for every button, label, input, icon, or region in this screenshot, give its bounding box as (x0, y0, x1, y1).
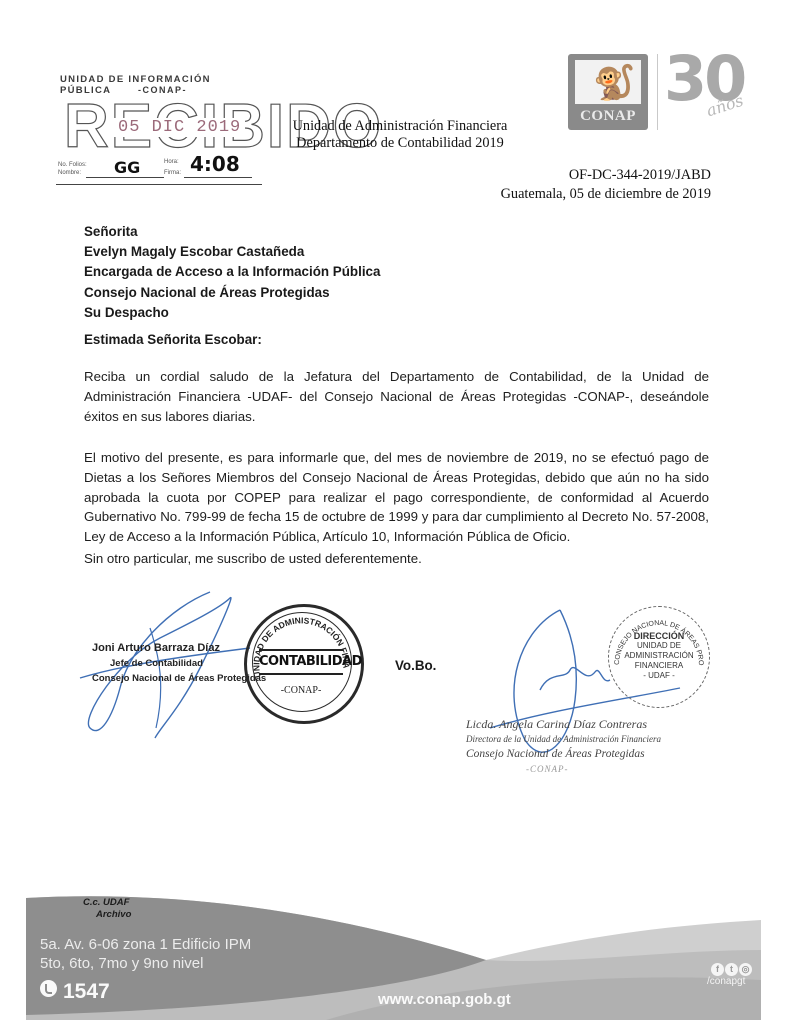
stamp-line-2: UNIDAD DE (621, 641, 697, 651)
signer-left-name: Joni Arturo Barraza Díaz (92, 641, 266, 656)
stamp-field-folios: No. Folios: (58, 162, 87, 168)
recipient-title: Señorita (84, 222, 380, 242)
conap-logo: 🐒 CONAP (568, 54, 648, 130)
signature-left: Joni Arturo Barraza Díaz Jefe de Contabi… (92, 641, 266, 686)
phone-icon (40, 980, 57, 997)
header-unit: Unidad de Administración Financiera (280, 118, 520, 135)
stamp-line (86, 177, 164, 178)
social-handle[interactable]: /conapgt (707, 976, 745, 987)
social-icons: ft◎ (711, 959, 753, 977)
stamp-line-5: - UDAF - (621, 671, 697, 681)
stamp-direccion-text: DIRECCIÓN UNIDAD DE ADMINISTRACIÓN FINAN… (621, 631, 697, 681)
reference-block: OF-DC-344-2019/JABD Guatemala, 05 de dic… (501, 166, 711, 204)
recipient-closing: Su Despacho (84, 303, 380, 323)
signer-right-institution: Consejo Nacional de Áreas Protegidas (466, 747, 661, 762)
signature-right: Licda. Angela Carina Díaz Contreras Dire… (466, 717, 661, 777)
footer-band: C.c. UDAF Archivo 5a. Av. 6-06 zona 1 Ed… (26, 890, 761, 1020)
body-paragraph-3: Sin otro particular, me suscribo de uste… (84, 549, 709, 569)
address: 5a. Av. 6-06 zona 1 Edificio IPM 5to, 6t… (40, 935, 251, 973)
stamp-field-nombre: Nombre: (58, 170, 81, 176)
stamp-line-1: DIRECCIÓN (621, 631, 697, 641)
recipient-block: Señorita Evelyn Magaly Escobar Castañeda… (84, 222, 380, 323)
letterhead-department: Unidad de Administración Financiera Depa… (280, 118, 520, 152)
address-line-2: 5to, 6to, 7mo y 9no nivel (40, 954, 251, 973)
stamp-handwritten-time: 4:08 (190, 152, 240, 176)
recipient-name: Evelyn Magaly Escobar Castañeda (84, 242, 380, 262)
stamp-line-3: ADMINISTRACIÓN (621, 651, 697, 661)
body-paragraph-2: El motivo del presente, es para informar… (84, 448, 709, 547)
vobo-label: Vo.Bo. (395, 658, 436, 673)
stamp-line (56, 184, 262, 185)
instagram-icon[interactable]: ◎ (739, 963, 752, 976)
recipient-position: Encargada de Acceso a la Información Púb… (84, 262, 380, 282)
stamp-handwritten-initials: GG (114, 158, 140, 177)
signer-left-institution: Consejo Nacional de Áreas Protegidas (92, 671, 266, 686)
logo-divider (657, 54, 658, 130)
recipient-institution: Consejo Nacional de Áreas Protegidas (84, 283, 380, 303)
cc-line-2: Archivo (83, 909, 131, 921)
stamp-field-hora: Hora: (164, 159, 179, 165)
received-stamp: UNIDAD DE INFORMACIÓN PÚBLICA -CONAP- RE… (56, 74, 266, 186)
website-link[interactable]: www.conap.gob.gt (378, 991, 511, 1008)
phone-value: 1547 (63, 980, 110, 1003)
logo-wordmark: CONAP (570, 108, 646, 125)
stamp-line-4: FINANCIERA (621, 661, 697, 671)
stamp-line (184, 177, 252, 178)
stamp-field-firma: Firma: (164, 170, 181, 176)
body-paragraph-1: Reciba un cordial saludo de la Jefatura … (84, 367, 709, 426)
logo-emblem: 🐒 (575, 60, 641, 104)
signer-right-title: Directora de la Unidad de Administración… (466, 732, 661, 747)
salutation: Estimada Señorita Escobar: (84, 332, 262, 347)
direccion-stamp: CONSEJO NACIONAL DE ÁREAS PROTEGIDAS · G… (608, 606, 710, 708)
signer-right-org: -CONAP- (466, 762, 661, 777)
cc-line-1: C.c. UDAF (83, 897, 131, 909)
stamp-bottom-text: -CONAP- (247, 685, 355, 696)
twitter-icon[interactable]: t (725, 963, 738, 976)
monkey-icon: 🐒 (593, 64, 635, 102)
signer-left-title: Jefe de Contabilidad (92, 656, 266, 671)
header-department: Departamento de Contabilidad 2019 (280, 135, 520, 152)
facebook-icon[interactable]: f (711, 963, 724, 976)
address-line-1: 5a. Av. 6-06 zona 1 Edificio IPM (40, 935, 251, 954)
reference-code: OF-DC-344-2019/JABD (501, 166, 711, 185)
signer-right-name: Licda. Angela Carina Díaz Contreras (466, 717, 661, 732)
stamp-date: 05 DIC 2019 (114, 118, 245, 137)
carbon-copy: C.c. UDAF Archivo (83, 897, 131, 921)
contabilidad-stamp: UNIDAD DE ADMINISTRACIÓN FINANCIERA CONT… (244, 604, 364, 724)
place-date: Guatemala, 05 de diciembre de 2019 (501, 185, 711, 204)
phone-number: 1547 (40, 980, 110, 1004)
stamp-center-text: CONTABILIDAD (259, 649, 343, 675)
